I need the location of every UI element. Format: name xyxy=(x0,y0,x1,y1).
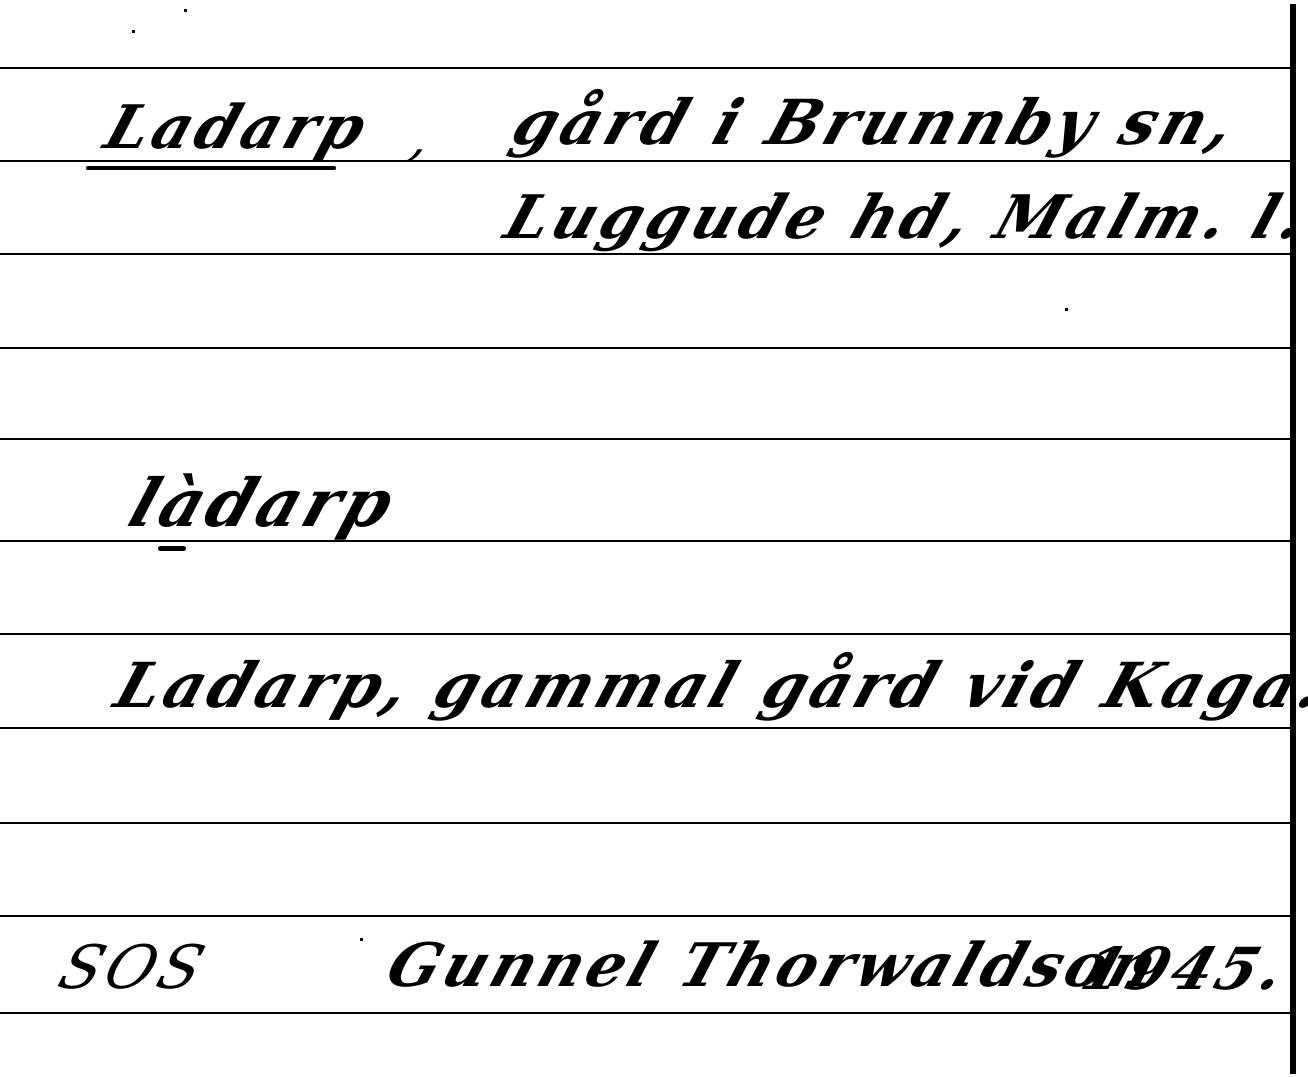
ruled-line xyxy=(0,727,1290,729)
ruled-line xyxy=(0,347,1290,349)
signature-name: Gunnel Thorwaldson xyxy=(380,936,1168,996)
scan-speck xyxy=(1065,308,1068,311)
ruled-line xyxy=(0,633,1290,635)
entry1-description-line1: gård i Brunnby sn, xyxy=(505,92,1246,154)
scan-speck xyxy=(184,9,187,12)
entry1-separator: , xyxy=(405,112,442,164)
ruled-line xyxy=(0,438,1290,440)
entry1-headword: Ladarp xyxy=(98,98,377,158)
card-right-border xyxy=(1290,4,1296,1074)
entry2-phonetic-headword: làdarp xyxy=(122,470,405,536)
macron-mark xyxy=(158,546,186,551)
ruled-line xyxy=(0,822,1290,824)
ruled-line xyxy=(0,67,1290,69)
scan-speck xyxy=(132,30,135,33)
signature-year: 1945. xyxy=(1075,940,1295,998)
source-code: SOS xyxy=(52,938,215,998)
scan-speck xyxy=(360,938,363,941)
ruled-line xyxy=(0,1012,1290,1014)
ruled-line xyxy=(0,253,1290,255)
ruled-line xyxy=(0,915,1290,917)
headword-underline xyxy=(86,166,336,170)
archive-card: Ladarp , gård i Brunnby sn, Luggude hd, … xyxy=(0,0,1308,1077)
entry1-description-line2: Luggude hd, Malm. l. xyxy=(498,188,1308,248)
entry3-text: Ladarp, gammal gård vid Kaga. xyxy=(108,655,1308,717)
